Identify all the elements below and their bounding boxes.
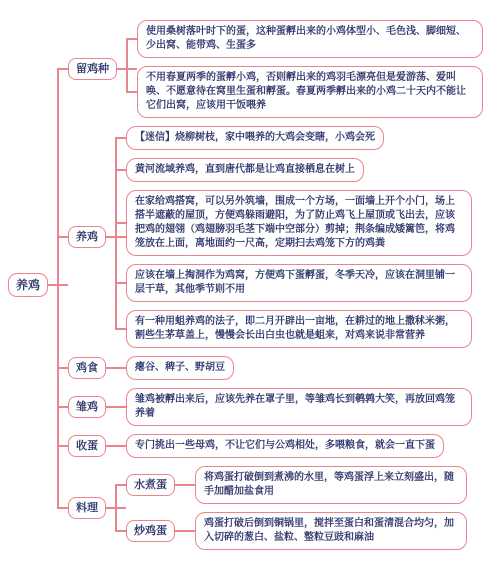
connector-elbow: 瘪谷、稗子、野胡豆 — [126, 356, 234, 380]
leaf-note[interactable]: 不用春夏两季的蛋孵小鸡，否则孵出来的鸡羽毛漂亮但是爱游荡、爱叫唤、不愿意待在窝里… — [137, 66, 483, 118]
connector-elbow: 养鸡【迷信】烧柳树枝，家中喂养的大鸡会变瞎，小鸡会死黄河流域养鸡，直到唐代都是让… — [68, 126, 483, 348]
leaf-note[interactable]: 应该在墙上掏洞作为鸡窝，方便鸡下蛋孵蛋，冬季天冷，应该在洞里铺一层干草，其他季节… — [126, 264, 472, 302]
child-list: 专门挑出一些母鸡，不让它们与公鸡相处，多喂粮食，就会一直下蛋 — [126, 434, 444, 458]
connector-elbow: 使用桑树落叶时下的蛋，这种蛋孵出来的小鸡体型小、毛色浅、脚细短、少出窝、能带鸡、… — [137, 20, 483, 58]
connector-elbow: 留鸡种使用桑树落叶时下的蛋，这种蛋孵出来的小鸡体型小、毛色浅、脚细短、少出窝、能… — [68, 20, 483, 118]
branch-node[interactable]: 料理 — [68, 497, 106, 519]
leaf-note[interactable]: 有一种用蛆养鸡的法子，即二月开辟出一亩地，在耕过的地上撒秫米粥，割些生茅草盖上，… — [126, 310, 472, 348]
branch-node[interactable]: 雏鸡 — [68, 396, 106, 418]
leaf-note[interactable]: 将鸡蛋打破倒到煮沸的水里，等鸡蛋浮上来立刻盛出，随手加醋加盐食用 — [195, 466, 467, 504]
leaf-note[interactable]: 【迷信】烧柳树枝，家中喂养的大鸡会变瞎，小鸡会死 — [126, 126, 384, 150]
child-list: 使用桑树落叶时下的蛋，这种蛋孵出来的小鸡体型小、毛色浅、脚细短、少出窝、能带鸡、… — [137, 20, 483, 118]
branch-row: 养鸡【迷信】烧柳树枝，家中喂养的大鸡会变瞎，小鸡会死黄河流域养鸡，直到唐代都是让… — [68, 126, 472, 348]
child-list: 将鸡蛋打破倒到煮沸的水里，等鸡蛋浮上来立刻盛出，随手加醋加盐食用 — [195, 466, 467, 504]
sub-branch-node[interactable]: 水煮蛋 — [126, 474, 175, 496]
sub-branch-node[interactable]: 炒鸡蛋 — [126, 520, 175, 542]
branch-row: 雏鸡雏鸡被孵出来后，应该先养在罩子里，等雏鸡长到鹌鹑大笑，再放回鸡笼养着 — [68, 388, 472, 426]
child-list: 鸡蛋打破后倒到铜锅里，搅拌至蛋白和蛋清混合均匀，加入切碎的葱白、盐粒、整粒豆豉和… — [195, 512, 467, 550]
connector-elbow: 料理水煮蛋将鸡蛋打破倒到煮沸的水里，等鸡蛋浮上来立刻盛出，随手加醋加盐食用炒鸡蛋… — [68, 466, 483, 550]
child-list: 水煮蛋将鸡蛋打破倒到煮沸的水里，等鸡蛋浮上来立刻盛出，随手加醋加盐食用炒鸡蛋鸡蛋… — [126, 466, 467, 550]
branch-row: 料理水煮蛋将鸡蛋打破倒到煮沸的水里，等鸡蛋浮上来立刻盛出，随手加醋加盐食用炒鸡蛋… — [68, 466, 467, 550]
connector-elbow: 不用春夏两季的蛋孵小鸡，否则孵出来的鸡羽毛漂亮但是爱游荡、爱叫唤、不愿意待在窝里… — [137, 66, 483, 118]
connector-elbow: 鸡食瘪谷、稗子、野胡豆 — [68, 356, 483, 380]
branch-node[interactable]: 留鸡种 — [68, 58, 117, 80]
branch-row: 收蛋专门挑出一些母鸡，不让它们与公鸡相处，多喂粮食，就会一直下蛋 — [68, 434, 444, 458]
child-list: 雏鸡被孵出来后，应该先养在罩子里，等雏鸡长到鹌鹑大笑，再放回鸡笼养着 — [126, 388, 472, 426]
leaf-note[interactable]: 使用桑树落叶时下的蛋，这种蛋孵出来的小鸡体型小、毛色浅、脚细短、少出窝、能带鸡、… — [137, 20, 483, 58]
connector-elbow: 专门挑出一些母鸡，不让它们与公鸡相处，多喂粮食，就会一直下蛋 — [126, 434, 444, 458]
connector-elbow: 炒鸡蛋鸡蛋打破后倒到铜锅里，搅拌至蛋白和蛋清混合均匀，加入切碎的葱白、盐粒、整粒… — [126, 512, 467, 550]
branch-node[interactable]: 养鸡 — [68, 226, 106, 248]
connector-elbow: 雏鸡被孵出来后，应该先养在罩子里，等雏鸡长到鹌鹑大笑，再放回鸡笼养着 — [126, 388, 472, 426]
connector-elbow: 在家给鸡搭窝，可以另外筑墙，围成一个方场，一面墙上开个小门，场上搭半遮蔽的屋顶，… — [126, 190, 472, 256]
connector-elbow: 水煮蛋将鸡蛋打破倒到煮沸的水里，等鸡蛋浮上来立刻盛出，随手加醋加盐食用 — [126, 466, 467, 504]
connector-elbow: 有一种用蛆养鸡的法子，即二月开辟出一亩地，在耕过的地上撒秫米粥，割些生茅草盖上，… — [126, 310, 472, 348]
leaf-note[interactable]: 鸡蛋打破后倒到铜锅里，搅拌至蛋白和蛋清混合均匀，加入切碎的葱白、盐粒、整粒豆豉和… — [195, 512, 467, 550]
branch-row: 鸡食瘪谷、稗子、野胡豆 — [68, 356, 234, 380]
connector-elbow: 黄河流域养鸡，直到唐代都是让鸡直接栖息在树上 — [126, 158, 472, 182]
branch-row: 留鸡种使用桑树落叶时下的蛋，这种蛋孵出来的小鸡体型小、毛色浅、脚细短、少出窝、能… — [68, 20, 483, 118]
leaf-note[interactable]: 专门挑出一些母鸡，不让它们与公鸡相处，多喂粮食，就会一直下蛋 — [126, 434, 444, 458]
child-list: 瘪谷、稗子、野胡豆 — [126, 356, 234, 380]
connector-elbow: 收蛋专门挑出一些母鸡，不让它们与公鸡相处，多喂粮食，就会一直下蛋 — [68, 434, 483, 458]
leaf-note[interactable]: 雏鸡被孵出来后，应该先养在罩子里，等雏鸡长到鹌鹑大笑，再放回鸡笼养着 — [126, 388, 472, 426]
connector-elbow: 将鸡蛋打破倒到煮沸的水里，等鸡蛋浮上来立刻盛出，随手加醋加盐食用 — [195, 466, 467, 504]
branch-list: 留鸡种使用桑树落叶时下的蛋，这种蛋孵出来的小鸡体型小、毛色浅、脚细短、少出窝、能… — [68, 20, 483, 550]
child-list: 【迷信】烧柳树枝，家中喂养的大鸡会变瞎，小鸡会死黄河流域养鸡，直到唐代都是让鸡直… — [126, 126, 472, 348]
connector-elbow: 雏鸡雏鸡被孵出来后，应该先养在罩子里，等雏鸡长到鹌鹑大笑，再放回鸡笼养着 — [68, 388, 483, 426]
branch-node[interactable]: 收蛋 — [68, 435, 106, 457]
connector-elbow: 【迷信】烧柳树枝，家中喂养的大鸡会变瞎，小鸡会死 — [126, 126, 472, 150]
leaf-note[interactable]: 黄河流域养鸡，直到唐代都是让鸡直接栖息在树上 — [126, 158, 364, 182]
connector-elbow: 鸡蛋打破后倒到铜锅里，搅拌至蛋白和蛋清混合均匀，加入切碎的葱白、盐粒、整粒豆豉和… — [195, 512, 467, 550]
leaf-note[interactable]: 在家给鸡搭窝，可以另外筑墙，围成一个方场，一面墙上开个小门，场上搭半遮蔽的屋顶，… — [126, 190, 472, 256]
root-node[interactable]: 养鸡 — [8, 273, 48, 297]
leaf-note[interactable]: 瘪谷、稗子、野胡豆 — [126, 356, 234, 380]
connector-elbow: 应该在墙上掏洞作为鸡窝，方便鸡下蛋孵蛋，冬季天冷，应该在洞里铺一层干草，其他季节… — [126, 264, 472, 302]
sub-branch-row: 水煮蛋将鸡蛋打破倒到煮沸的水里，等鸡蛋浮上来立刻盛出，随手加醋加盐食用 — [126, 466, 467, 504]
mindmap-canvas: 养鸡 留鸡种使用桑树落叶时下的蛋，这种蛋孵出来的小鸡体型小、毛色浅、脚细短、少出… — [0, 0, 500, 570]
sub-branch-row: 炒鸡蛋鸡蛋打破后倒到铜锅里，搅拌至蛋白和蛋清混合均匀，加入切碎的葱白、盐粒、整粒… — [126, 512, 467, 550]
root-row: 养鸡 留鸡种使用桑树落叶时下的蛋，这种蛋孵出来的小鸡体型小、毛色浅、脚细短、少出… — [8, 20, 483, 550]
branch-node[interactable]: 鸡食 — [68, 357, 106, 379]
